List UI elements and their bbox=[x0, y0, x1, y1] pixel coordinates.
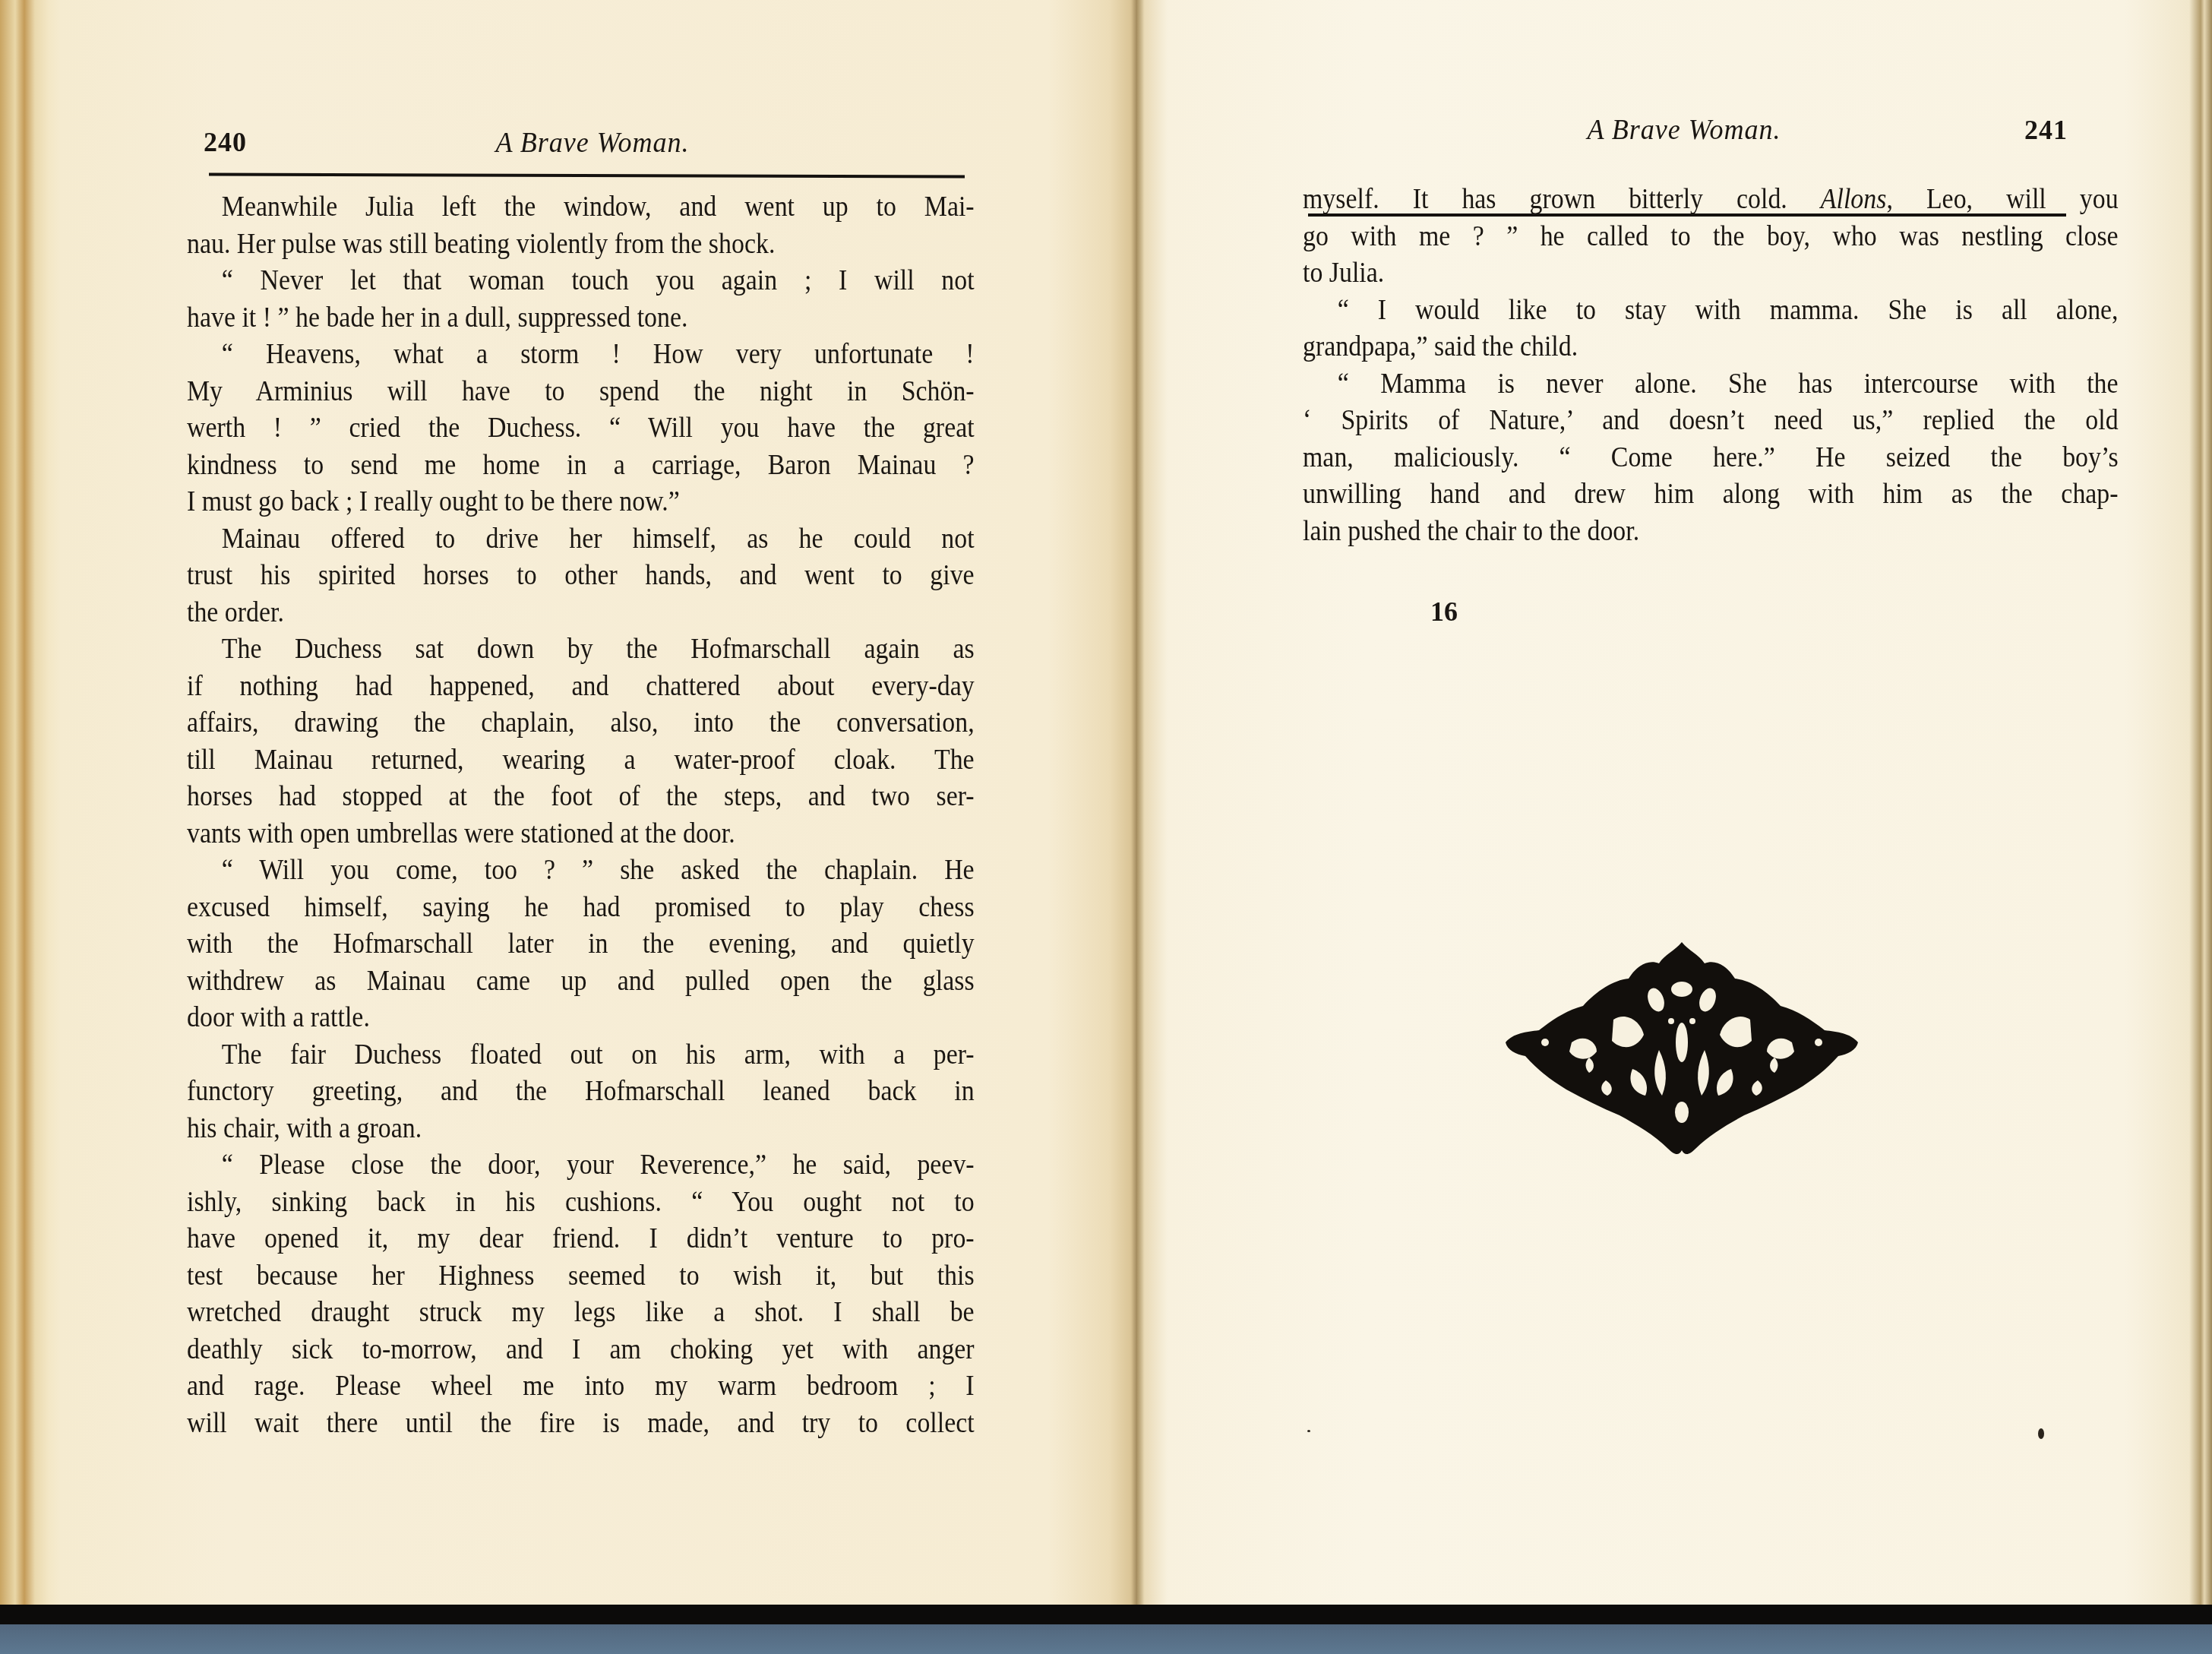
ink-speck bbox=[2038, 1428, 2044, 1439]
text-line: withdrew as Mainau came up and pulled op… bbox=[187, 963, 975, 1000]
text-run: “ Mamma is never alone. She has intercou… bbox=[1338, 368, 2119, 400]
header-rule-left bbox=[209, 172, 965, 178]
body-text-left: Meanwhile Julia left the window, and wen… bbox=[187, 188, 975, 1441]
text-line: I must go back ; I really ought to be th… bbox=[187, 483, 975, 520]
text-line: horses had stopped at the foot of the st… bbox=[187, 778, 975, 815]
book-gutter bbox=[1130, 0, 1144, 1605]
running-title-left: A Brave Woman. bbox=[477, 126, 708, 160]
ink-speck bbox=[1307, 1430, 1310, 1432]
text-line: “ Mamma is never alone. She has intercou… bbox=[1303, 365, 2119, 403]
text-line: vants with open umbrellas were stationed… bbox=[187, 815, 975, 852]
text-line: wretched draught struck my legs like a s… bbox=[187, 1294, 975, 1331]
text-line: lain pushed the chair to the door. bbox=[1303, 513, 2119, 550]
text-run: myself. It has grown bitterly cold. bbox=[1303, 183, 1821, 215]
text-run: “ I would like to stay with mamma. She i… bbox=[1338, 294, 2119, 326]
page-number-right: 241 bbox=[2024, 114, 2068, 146]
text-line: “ Please close the door, your Reverence,… bbox=[187, 1146, 975, 1184]
text-line: unwilling hand and drew him along with h… bbox=[1303, 476, 2119, 513]
text-line: his chair, with a groan. bbox=[187, 1110, 975, 1147]
text-run: unwilling hand and drew him along with h… bbox=[1303, 478, 2119, 510]
text-line: Meanwhile Julia left the window, and wen… bbox=[187, 188, 975, 226]
text-run: man, maliciously. “ Come here.” He seize… bbox=[1303, 441, 2119, 473]
text-line: werth ! ” cried the Duchess. “ Will you … bbox=[187, 410, 975, 447]
scan-background bbox=[0, 1624, 2212, 1654]
text-line: “ Heavens, what a storm ! How very unfor… bbox=[187, 336, 975, 373]
signature-mark: 16 bbox=[1430, 596, 1458, 628]
text-run: , Leo, will you bbox=[1886, 183, 2118, 215]
text-line: “ Never let that woman touch you again ;… bbox=[187, 262, 975, 299]
text-line: trust his spirited horses to other hands… bbox=[187, 557, 975, 594]
book-cover-edge bbox=[0, 1603, 2212, 1624]
text-line: will wait there until the fire is made, … bbox=[187, 1405, 975, 1442]
text-line: My Arminius will have to spend the night… bbox=[187, 373, 975, 410]
text-line: have it ! ” he bade her in a dull, suppr… bbox=[187, 299, 975, 337]
text-line: Mainau offered to drive her himself, as … bbox=[187, 520, 975, 558]
text-line: man, maliciously. “ Come here.” He seize… bbox=[1303, 439, 2119, 476]
text-line: The fair Duchess floated out on his arm,… bbox=[187, 1036, 975, 1074]
text-run: go with me ? ” he called to the boy, who… bbox=[1303, 220, 2119, 252]
text-run: lain pushed the chair to the door. bbox=[1303, 515, 1639, 547]
right-page: A Brave Woman. 241 myself. It has grown … bbox=[1137, 0, 2212, 1605]
text-line: grandpapa,” said the child. bbox=[1303, 328, 2119, 365]
text-line: till Mainau returned, wearing a water-pr… bbox=[187, 742, 975, 779]
text-line: The Duchess sat down by the Hofmarschall… bbox=[187, 631, 975, 668]
text-run: ‘ Spirits of Nature,’ and doesn’t need u… bbox=[1303, 404, 2119, 436]
text-line: door with a rattle. bbox=[187, 999, 975, 1036]
text-line: and rage. Please wheel me into my warm b… bbox=[187, 1368, 975, 1405]
page-number-left: 240 bbox=[204, 126, 247, 158]
left-page: 240 A Brave Woman. Meanwhile Julia left … bbox=[0, 0, 1137, 1605]
body-text-right: myself. It has grown bitterly cold. Allo… bbox=[1303, 181, 2119, 549]
text-line: have opened it, my dear friend. I didn’t… bbox=[187, 1220, 975, 1257]
text-line: if nothing had happened, and chattered a… bbox=[187, 668, 975, 705]
text-line: ‘ Spirits of Nature,’ and doesn’t need u… bbox=[1303, 402, 2119, 439]
italic-text: Allons bbox=[1821, 183, 1887, 215]
text-line: functory greeting, and the Hofmarschall … bbox=[187, 1073, 975, 1110]
text-line: with the Hofmarschall later in the eveni… bbox=[187, 925, 975, 963]
text-line: to Julia. bbox=[1303, 255, 2119, 292]
text-line: excused himself, saying he had promised … bbox=[187, 889, 975, 926]
text-line: the order. bbox=[187, 594, 975, 631]
text-line: “ I would like to stay with mamma. She i… bbox=[1303, 292, 2119, 329]
text-line: go with me ? ” he called to the boy, who… bbox=[1303, 218, 2119, 255]
text-run: to Julia. bbox=[1303, 257, 1384, 289]
text-line: affairs, drawing the chaplain, also, int… bbox=[187, 704, 975, 742]
text-line: deathly sick to-morrow, and I am choking… bbox=[187, 1331, 975, 1368]
text-line: nau. Her pulse was still beating violent… bbox=[187, 226, 975, 263]
text-run: grandpapa,” said the child. bbox=[1303, 330, 1578, 362]
text-line: “ Will you come, too ? ” she asked the c… bbox=[187, 852, 975, 889]
text-line: ishly, sinking back in his cushions. “ Y… bbox=[187, 1184, 975, 1221]
running-title-right: A Brave Woman. bbox=[1569, 113, 1800, 147]
text-line: test because her Highness seemed to wish… bbox=[187, 1257, 975, 1295]
text-line: kindness to send me home in a carriage, … bbox=[187, 447, 975, 484]
fleuron-ornament-icon bbox=[1499, 936, 1864, 1156]
text-line: myself. It has grown bitterly cold. Allo… bbox=[1303, 181, 2119, 218]
